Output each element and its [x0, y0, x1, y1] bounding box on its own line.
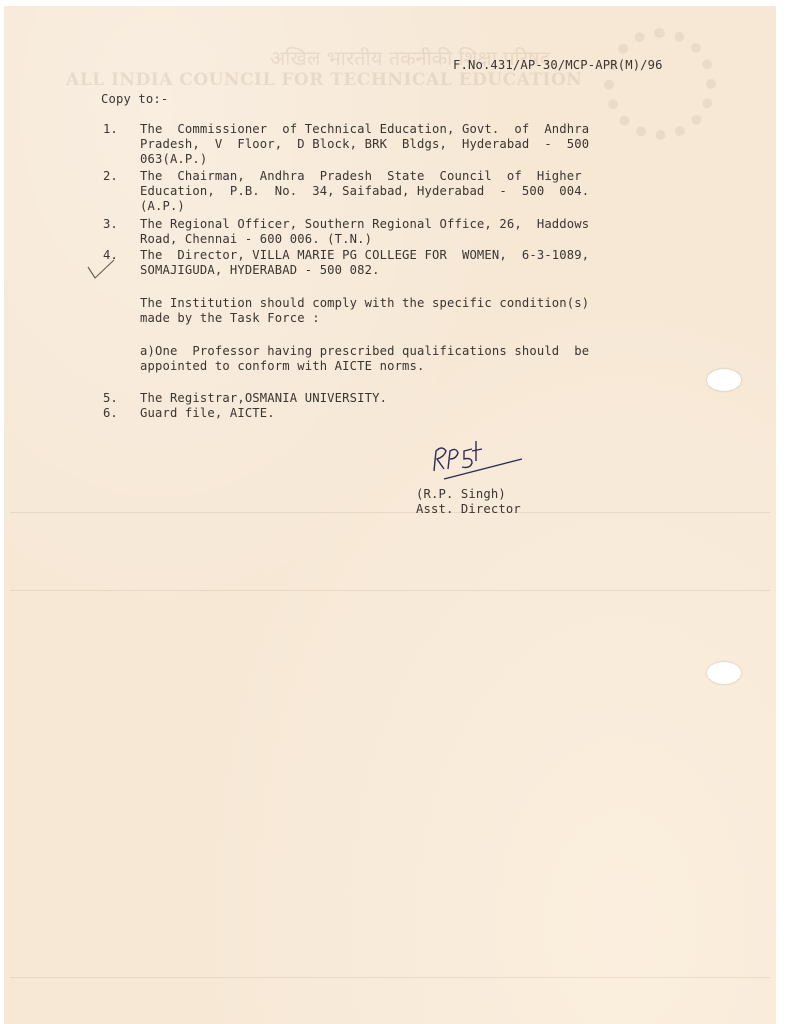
document-page — [4, 6, 776, 1024]
condition-a-line: appointed to conform with AICTE norms. — [140, 359, 425, 374]
punch-hole — [707, 369, 741, 391]
recipient-line: (A.P.) — [140, 199, 185, 214]
recipient-line: Pradesh, V Floor, D Block, BRK Bldgs, Hy… — [140, 137, 589, 152]
signatory-designation: Asst. Director — [416, 502, 521, 517]
recipient-number: 3. — [103, 217, 118, 232]
emblem-seal-icon — [604, 28, 716, 140]
recipient-line: Education, P.B. No. 34, Saifabad, Hydera… — [140, 184, 589, 199]
recipient-line: The Registrar,OSMANIA UNIVERSITY. — [140, 391, 387, 406]
file-number: F.No.431/AP-30/MCP-APR(M)/96 — [453, 58, 663, 73]
recipient-line: The Commissioner of Technical Education,… — [140, 122, 589, 137]
recipient-number: 5. — [103, 391, 118, 406]
recipient-line: The Chairman, Andhra Pradesh State Counc… — [140, 169, 582, 184]
recipient-line: Road, Chennai - 600 006. (T.N.) — [140, 232, 372, 247]
copy-to-heading: Copy to:- — [101, 92, 168, 107]
condition-intro-line: made by the Task Force : — [140, 311, 320, 326]
punch-hole — [707, 662, 741, 684]
recipient-line: 063(A.P.) — [140, 152, 207, 167]
condition-a-line: a)One Professor having prescribed qualif… — [140, 344, 589, 359]
recipient-line: The Director, VILLA MARIE PG COLLEGE FOR… — [140, 248, 589, 263]
condition-intro-line: The Institution should comply with the s… — [140, 296, 589, 311]
signature-icon — [428, 437, 528, 483]
checkmark-icon — [86, 258, 116, 280]
recipient-number: 1. — [103, 122, 118, 137]
recipient-number: 2. — [103, 169, 118, 184]
signatory-name: (R.P. Singh) — [416, 487, 506, 502]
recipient-line: Guard file, AICTE. — [140, 406, 275, 421]
recipient-line: The Regional Officer, Southern Regional … — [140, 217, 589, 232]
recipient-line: SOMAJIGUDA, HYDERABAD - 500 082. — [140, 263, 380, 278]
recipient-number: 6. — [103, 406, 118, 421]
